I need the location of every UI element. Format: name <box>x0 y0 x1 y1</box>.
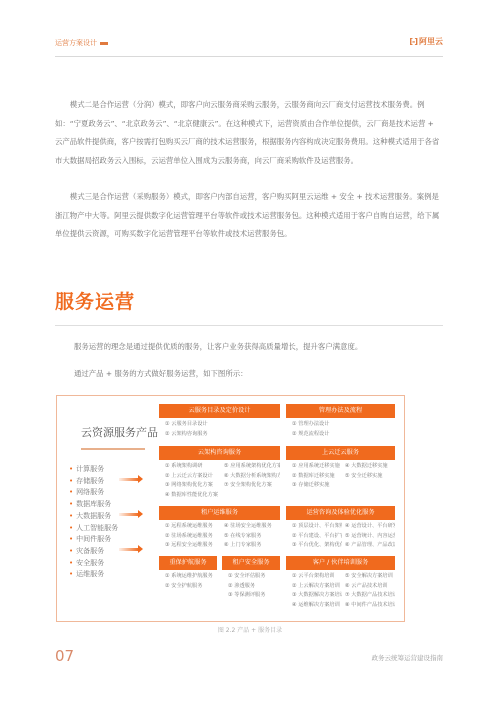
service-box-training: 客户 / 伙伴培训服务 ① 云平台架构培训⑤ 安全解决方案培训 ② 上云解决方案… <box>286 556 395 610</box>
section-intro: 服务运营的理念是通过提供优质的服务，让客户业务获得高质量增长，提升客户满意度。 <box>74 341 362 352</box>
paragraph-mode-two: 模式二是合作运营（分润）模式，即客户向云服务商采购云服务，云服务商向云厂商支付运… <box>55 96 443 170</box>
service-box-escort: 重保护航服务 ① 系统运维护航服务② 安全护航服务 <box>159 556 217 591</box>
product-item: •数据库服务 <box>69 499 118 511</box>
page-header: 运营方案设计 [-]阿里云 <box>55 36 443 57</box>
arrow-right-icon <box>119 548 139 551</box>
product-service-diagram: 云资源服务产品 •计算服务 •存储服务 •网络服务 •数据库服务 •大数据服务 … <box>56 395 405 622</box>
product-item: •运维服务 <box>69 569 118 581</box>
section-divider <box>55 325 443 326</box>
service-box-architecture: 云架构咨询服务 ① 系统架构调研⑤ 应用系统架构优化方案 ② 上云迁云方案设计⑥… <box>159 446 280 500</box>
product-item: •存储服务 <box>69 476 118 488</box>
aliyun-logo-icon: [-] <box>409 37 417 46</box>
header-dash-icon <box>100 42 108 45</box>
product-item: •灾备服务 <box>69 546 118 558</box>
diagram-left-rule <box>81 448 145 450</box>
arrow-right-icon <box>119 478 139 481</box>
section-title: 服务运营 <box>55 287 135 314</box>
service-box-security: 租户安全服务 ① 安全评估服务② 渗透服务③ 等保测评服务 <box>222 556 280 601</box>
service-box-consulting: 运营咨询及体验优化服务 ① 顶层设计、平台架构④ 运营设计、平台研发 ② 平台建… <box>286 506 395 551</box>
product-list: •计算服务 •存储服务 •网络服务 •数据库服务 •大数据服务 •人工智能服务 … <box>69 464 118 581</box>
footer-doc-title: 政务云统筹运营建设指南 <box>372 653 444 662</box>
aliyun-logo: [-]阿里云 <box>409 36 443 47</box>
product-item: •中间件服务 <box>69 534 118 546</box>
product-item: •计算服务 <box>69 464 118 476</box>
paragraph-mode-three: 模式三是合作运营（采购服务）模式，即客户内部自运营，客户购买阿里云运维 + 安全… <box>55 188 443 244</box>
product-item: •大数据服务 <box>69 511 118 523</box>
service-box-catalog: 云服务目录及定价设计 ① 云服务目录设计② 云架构咨询服务 <box>159 404 280 439</box>
section-lead: 通过产品 + 服务的方式做好服务运营，如下图所示： <box>74 368 248 379</box>
page-number: 07 <box>55 647 74 665</box>
diagram-left-title: 云资源服务产品 <box>81 424 158 440</box>
service-box-management: 管理办法及流程 ① 管理办法设计② 规范流程设计 <box>286 404 395 439</box>
product-item: •安全服务 <box>69 558 118 570</box>
product-item: •人工智能服务 <box>69 523 118 535</box>
product-item: •网络服务 <box>69 487 118 499</box>
service-box-migration: 上云迁云服务 ① 应用系统迁移实施④ 大数据迁移实施 ② 数据库迁移实施⑤ 安全… <box>286 446 395 491</box>
arrow-right-icon <box>119 513 139 516</box>
header-section-title: 运营方案设计 <box>55 38 108 48</box>
service-box-ops: 租户运维服务 ① 远程系统运维服务④ 驻场安全运维服务 ② 驻场系统运维服务⑤ … <box>159 506 280 551</box>
figure-caption: 图 2.2 产品 + 服务目录 <box>0 625 500 634</box>
